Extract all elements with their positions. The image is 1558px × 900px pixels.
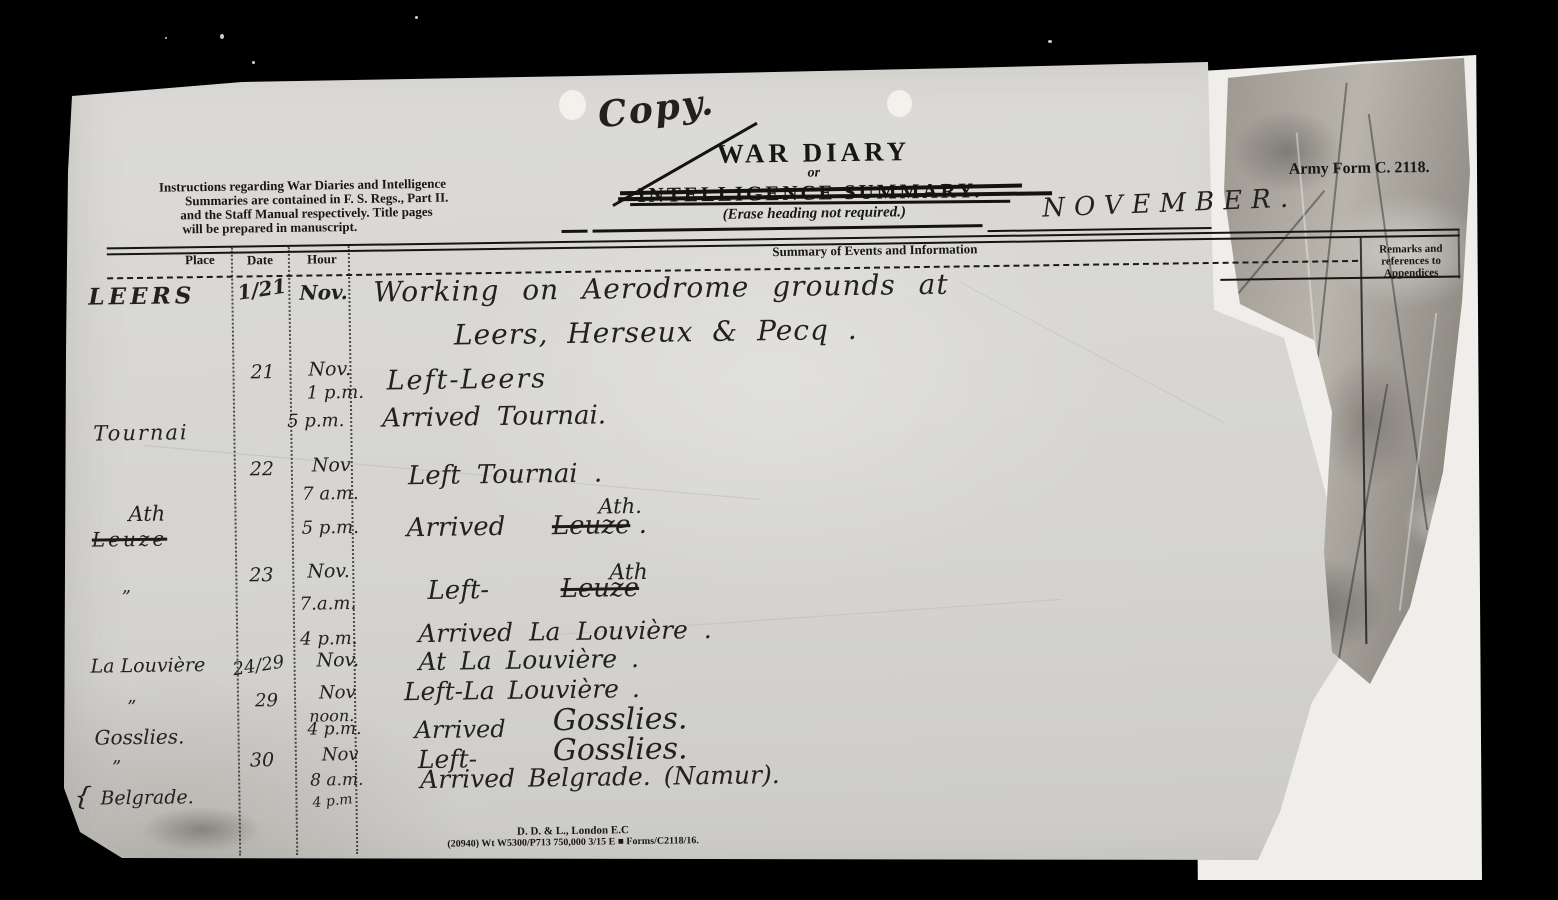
entry-month: Nov [322,744,359,766]
scanned-war-diary-page: { "colors":{"ink":"#1d1c1a","paper":"#d7… [0,0,1558,900]
entry-summary: Arrived Leuze . [406,510,647,543]
entry-place-correction: Ath [128,502,165,527]
entry-summary: Arrived Tournai. [382,400,606,433]
entry-place-ditto: ” [127,697,136,718]
dust-speck [415,16,418,19]
entry-summary: Left-La Louvière . [404,674,640,706]
entry-month: Nov. [307,560,350,583]
entry-place-ditto: ” [121,587,130,608]
heading-underline [593,224,983,232]
entry-summary: Left- Leuze [427,573,639,606]
entry-month: Nov. [299,280,348,305]
edge-mark: { [73,781,93,813]
entry-month: Nov [312,454,351,477]
summary-suffix: . [638,510,647,540]
erase-note: (Erase heading not required.) [684,204,944,225]
entry-place-ditto: ” [112,757,121,778]
entry-date: 21 [250,361,274,383]
summary-struck-word: Leuze [552,510,631,541]
entry-summary: Left Tournai . [408,459,603,492]
instructions-line: will be prepared in manuscript. [182,219,357,237]
column-divider [288,247,298,855]
entry-date: 24/29 [231,651,285,680]
heading-underline-dash [562,230,588,233]
entry-date: 22 [250,458,274,480]
entry-hour: 8 a.m. [310,770,364,791]
column-divider [231,248,241,856]
entry-date: 23 [249,564,273,586]
summary-struck-word: Leuze [560,573,639,604]
entry-month: Nov. [308,358,351,381]
entry-date: 1/21 [236,274,288,305]
column-header-place: Place [165,252,235,269]
entry-month: Nov [319,682,356,704]
month-annotation: NOVEMBER. [1042,183,1298,223]
entry-place: Gosslies. [94,724,184,749]
dust-speck [220,34,224,39]
month-underline [988,227,1212,232]
remarks-line: Appendices [1363,267,1459,280]
entry-hour: 1 p.m. [307,382,365,404]
entry-summary: Leers, Herseux & Pecq . [454,313,858,352]
entry-summary: At La Louvière . [418,644,639,676]
dust-speck [165,37,167,39]
entry-hour: 4 p.m [312,791,353,811]
column-header-hour: Hour [291,251,353,268]
entry-date: 29 [255,690,278,711]
entry-summary: Working on Aerodrome grounds at [373,268,949,309]
entry-summary: Arrived La Louvière . [418,615,712,648]
column-header-remarks: Remarks and references to Appendices [1363,243,1459,280]
entry-place: LEERS [88,282,195,310]
entry-hour: 5 p.m. [287,410,345,432]
entry-place: Tournai [93,420,189,445]
summary-prefix: Arrived [406,512,505,543]
form-content: Copy. WAR DIARY or INTELLIGENCE SUMMARY.… [62,32,1493,882]
entry-date: 30 [250,749,274,771]
entry-hour: 7.a.m. [300,593,357,615]
remarks-divider [1360,238,1368,644]
summary-prefix: Left- [427,575,489,606]
entry-month: Nov. [316,649,359,672]
column-header-date: Date [229,252,291,269]
entry-place: Belgrade. [100,786,194,809]
entry-hour: 5 p.m. [302,517,360,539]
entry-hour: 4 p.m. [300,628,358,650]
entry-summary: Arrived Belgrade. (Namur). [420,760,780,794]
entry-place-struck: Leuze [92,527,168,552]
entry-hour: 4 p.m. [307,719,361,740]
entry-place: La Louvière [90,654,205,678]
copy-annotation: Copy. [596,81,717,137]
entry-summary: Left-Leers [386,363,547,396]
entry-hour: 7 a.m. [302,483,359,505]
form-number: Army Form C. 2118. [1289,159,1430,179]
column-header-summary: Summary of Events and Information [625,239,1125,262]
